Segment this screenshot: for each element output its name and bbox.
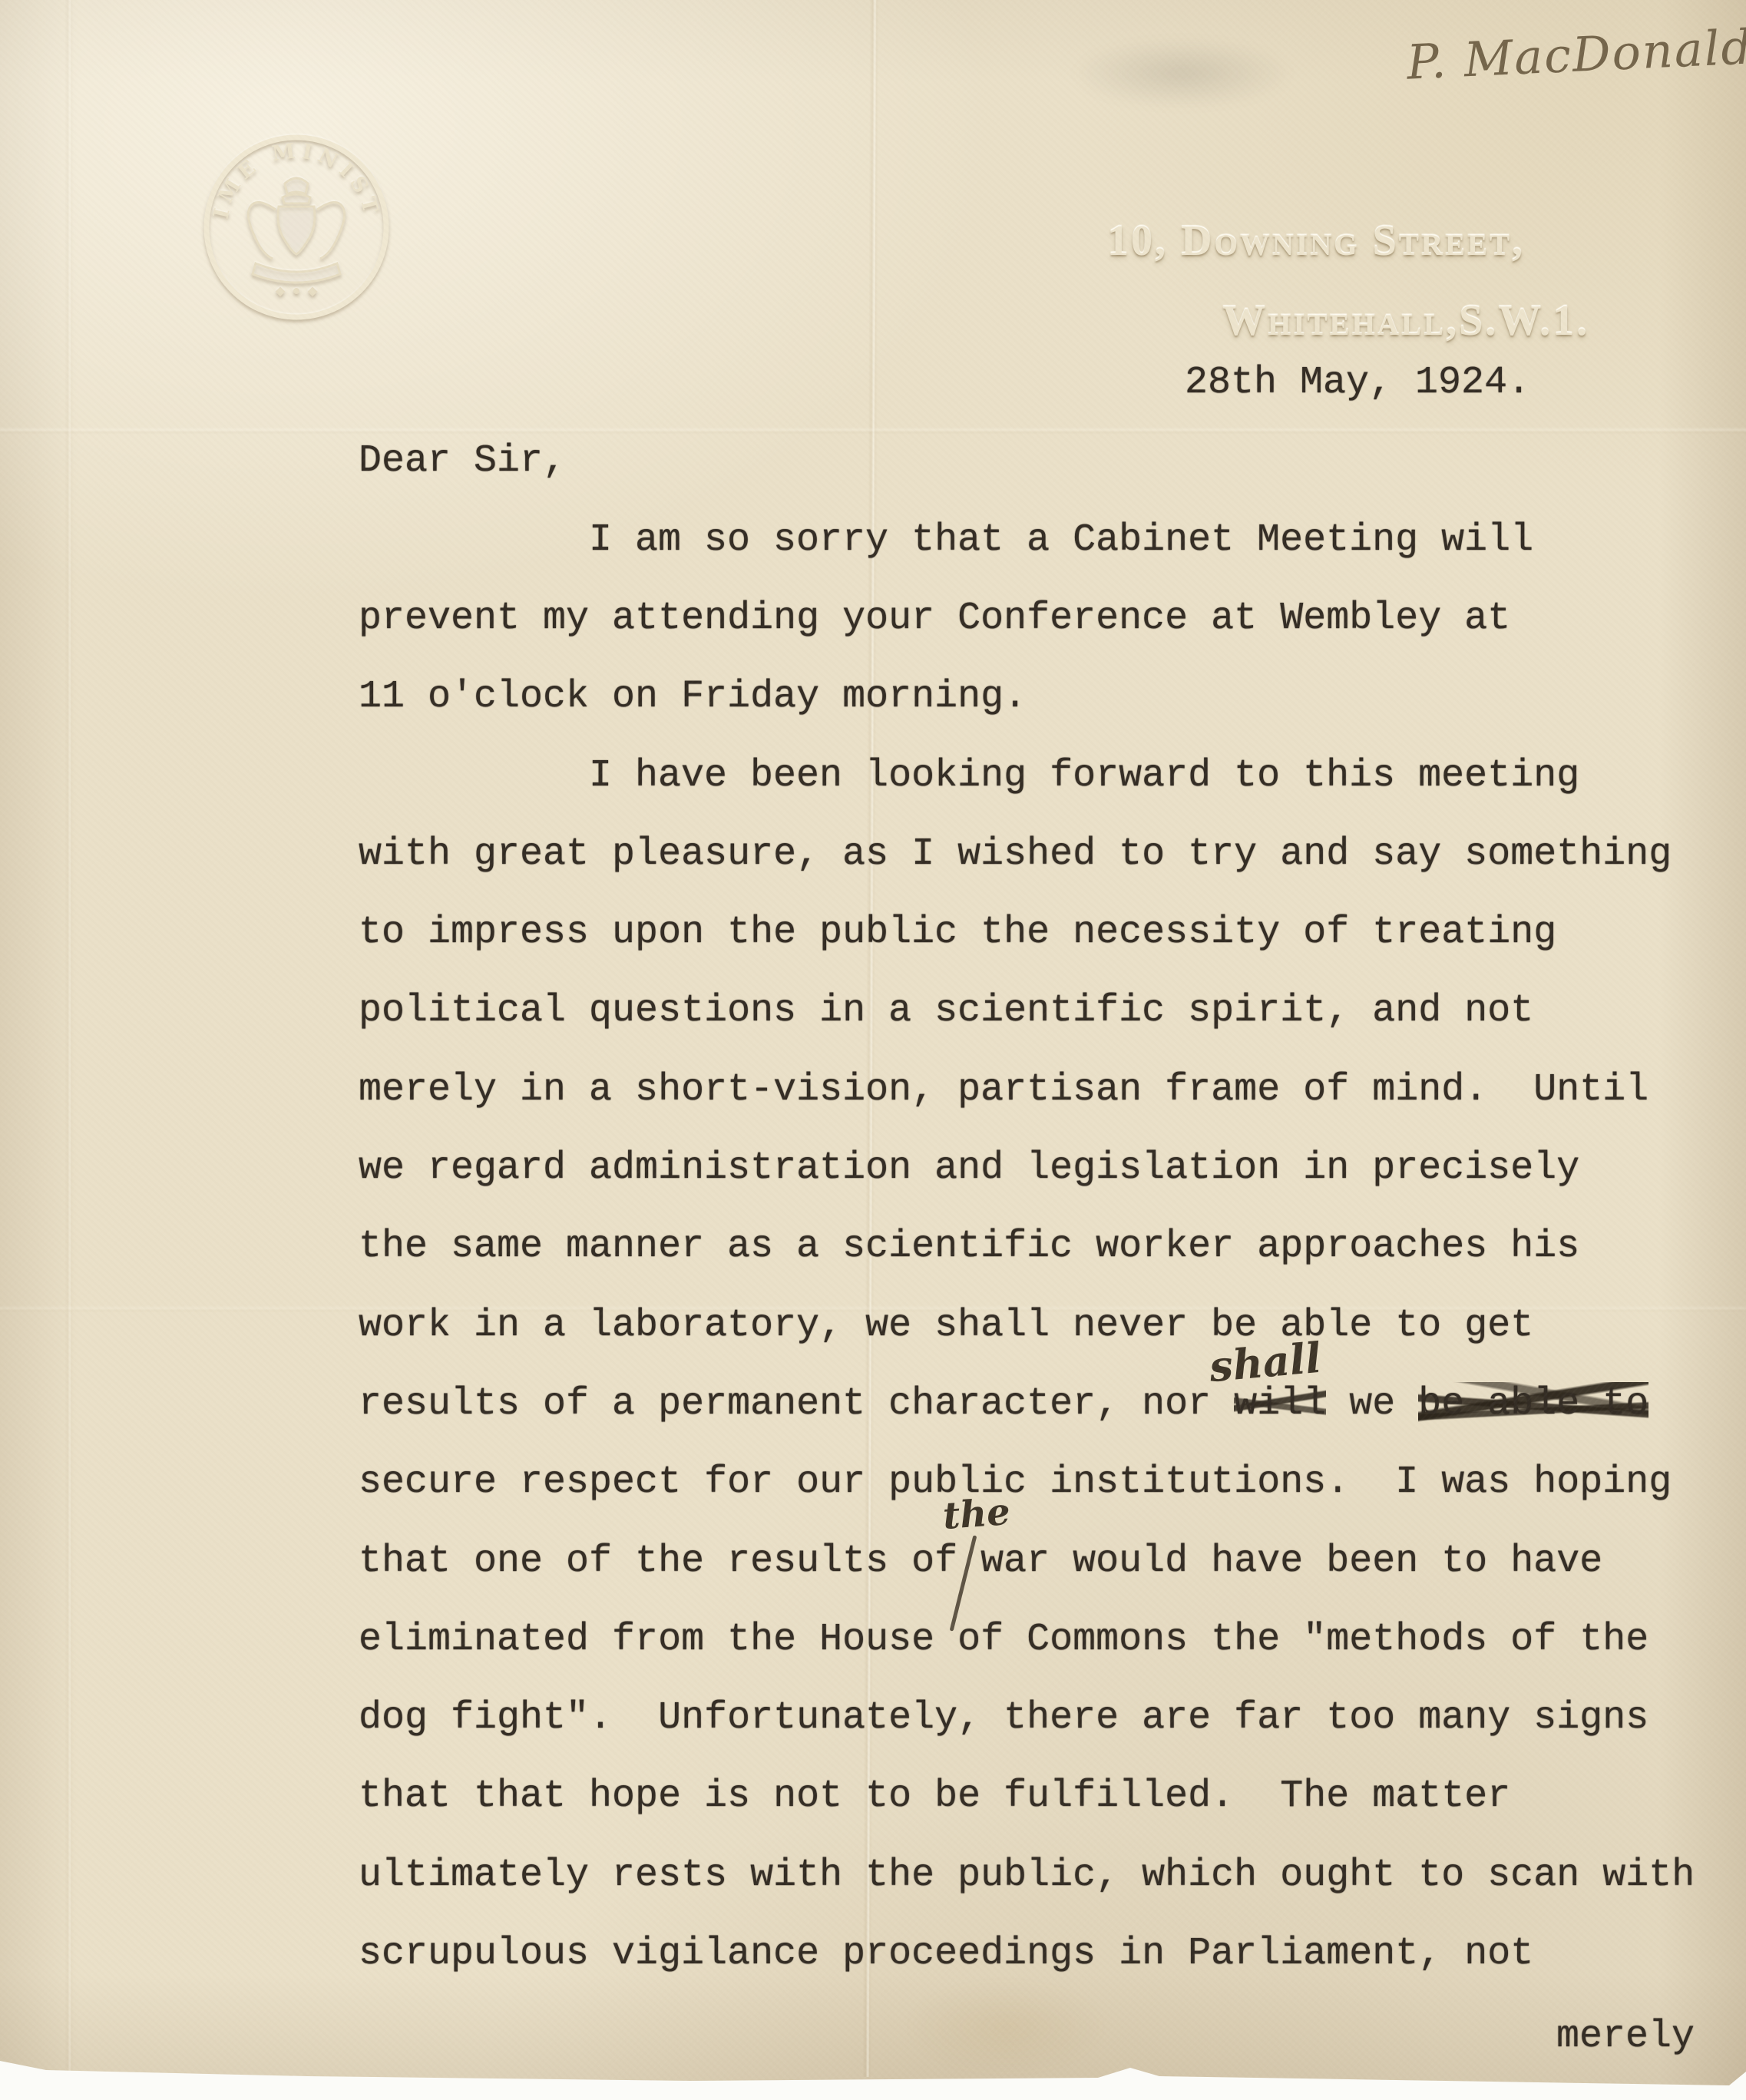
text-segment: we <box>1326 1382 1418 1426</box>
salutation: Dear Sir, <box>359 435 1695 488</box>
text-segment: results of a permanent character, nor <box>359 1382 1234 1426</box>
pencil-smudge <box>1067 37 1298 110</box>
seal-ornament <box>276 286 318 296</box>
body-line: eliminated from the House of Commons the… <box>359 1613 1695 1667</box>
body-line: secure respect for our public institutio… <box>359 1456 1695 1510</box>
prime-minister-seal-icon: PRIME MINISTER <box>202 133 391 322</box>
body-line: work in a laboratory, we shall never be … <box>359 1299 1695 1353</box>
body-line: scrupulous vigilance proceedings in Parl… <box>359 1927 1695 1981</box>
body-line: 11 o'clock on Friday morning. <box>359 670 1695 724</box>
body-line: dog fight". Unfortunately, there are far… <box>359 1692 1695 1745</box>
body-line: I am so sorry that a Cabinet Meeting wil… <box>359 514 1695 567</box>
letterhead-address-line1: 10, Downing Street, <box>1107 217 1525 266</box>
body-line: ultimately rests with the public, which … <box>359 1849 1695 1903</box>
scanned-letter-canvas: PRIME MINISTER 10, Downing Street, White… <box>0 0 1746 2100</box>
catchword: merely <box>359 2010 1695 2064</box>
royal-coat-of-arms <box>248 178 344 283</box>
body-line: with great pleasure, as I wished to try … <box>359 828 1695 881</box>
body-line: prevent my attending your Conference at … <box>359 592 1695 646</box>
text-segment: war would have been to have <box>957 1539 1602 1583</box>
body-line: the same manner as a scientific worker a… <box>359 1220 1695 1274</box>
letterhead-address-line2: Whitehall,S.W.1. <box>1222 296 1589 346</box>
body-line-with-corrections: results of a permanent character, nor wi… <box>359 1377 1695 1431</box>
body-line: political questions in a scientific spir… <box>359 984 1695 1038</box>
horizontal-fold-crease <box>0 427 1746 435</box>
left-edge-crease <box>64 0 74 2077</box>
handwritten-signature: P. MacDonald. <box>1406 18 1746 90</box>
body-line: we regard administration and legislation… <box>359 1142 1695 1196</box>
handwritten-insertion-shall: shall <box>1207 1333 1323 1391</box>
vertical-fold-crease <box>862 0 878 2077</box>
letter-date: 28th May, 1924. <box>359 356 1695 410</box>
struck-out-phrase: be able to <box>1418 1382 1648 1426</box>
handwritten-insertion-the: the <box>941 1490 1011 1538</box>
body-line-with-insertion: that one of the results of war would hav… <box>359 1535 1695 1589</box>
body-line: merely in a short-vision, partisan frame… <box>359 1063 1695 1117</box>
body-line: to impress upon the public the necessity… <box>359 906 1695 960</box>
text-segment: that one of the results of <box>359 1539 957 1583</box>
struck-out-word: will <box>1234 1382 1326 1426</box>
letter-page: PRIME MINISTER 10, Downing Street, White… <box>0 0 1746 2100</box>
body-line: that that hope is not to be fulfilled. T… <box>359 1770 1695 1824</box>
body-line: I have been looking forward to this meet… <box>359 749 1695 803</box>
